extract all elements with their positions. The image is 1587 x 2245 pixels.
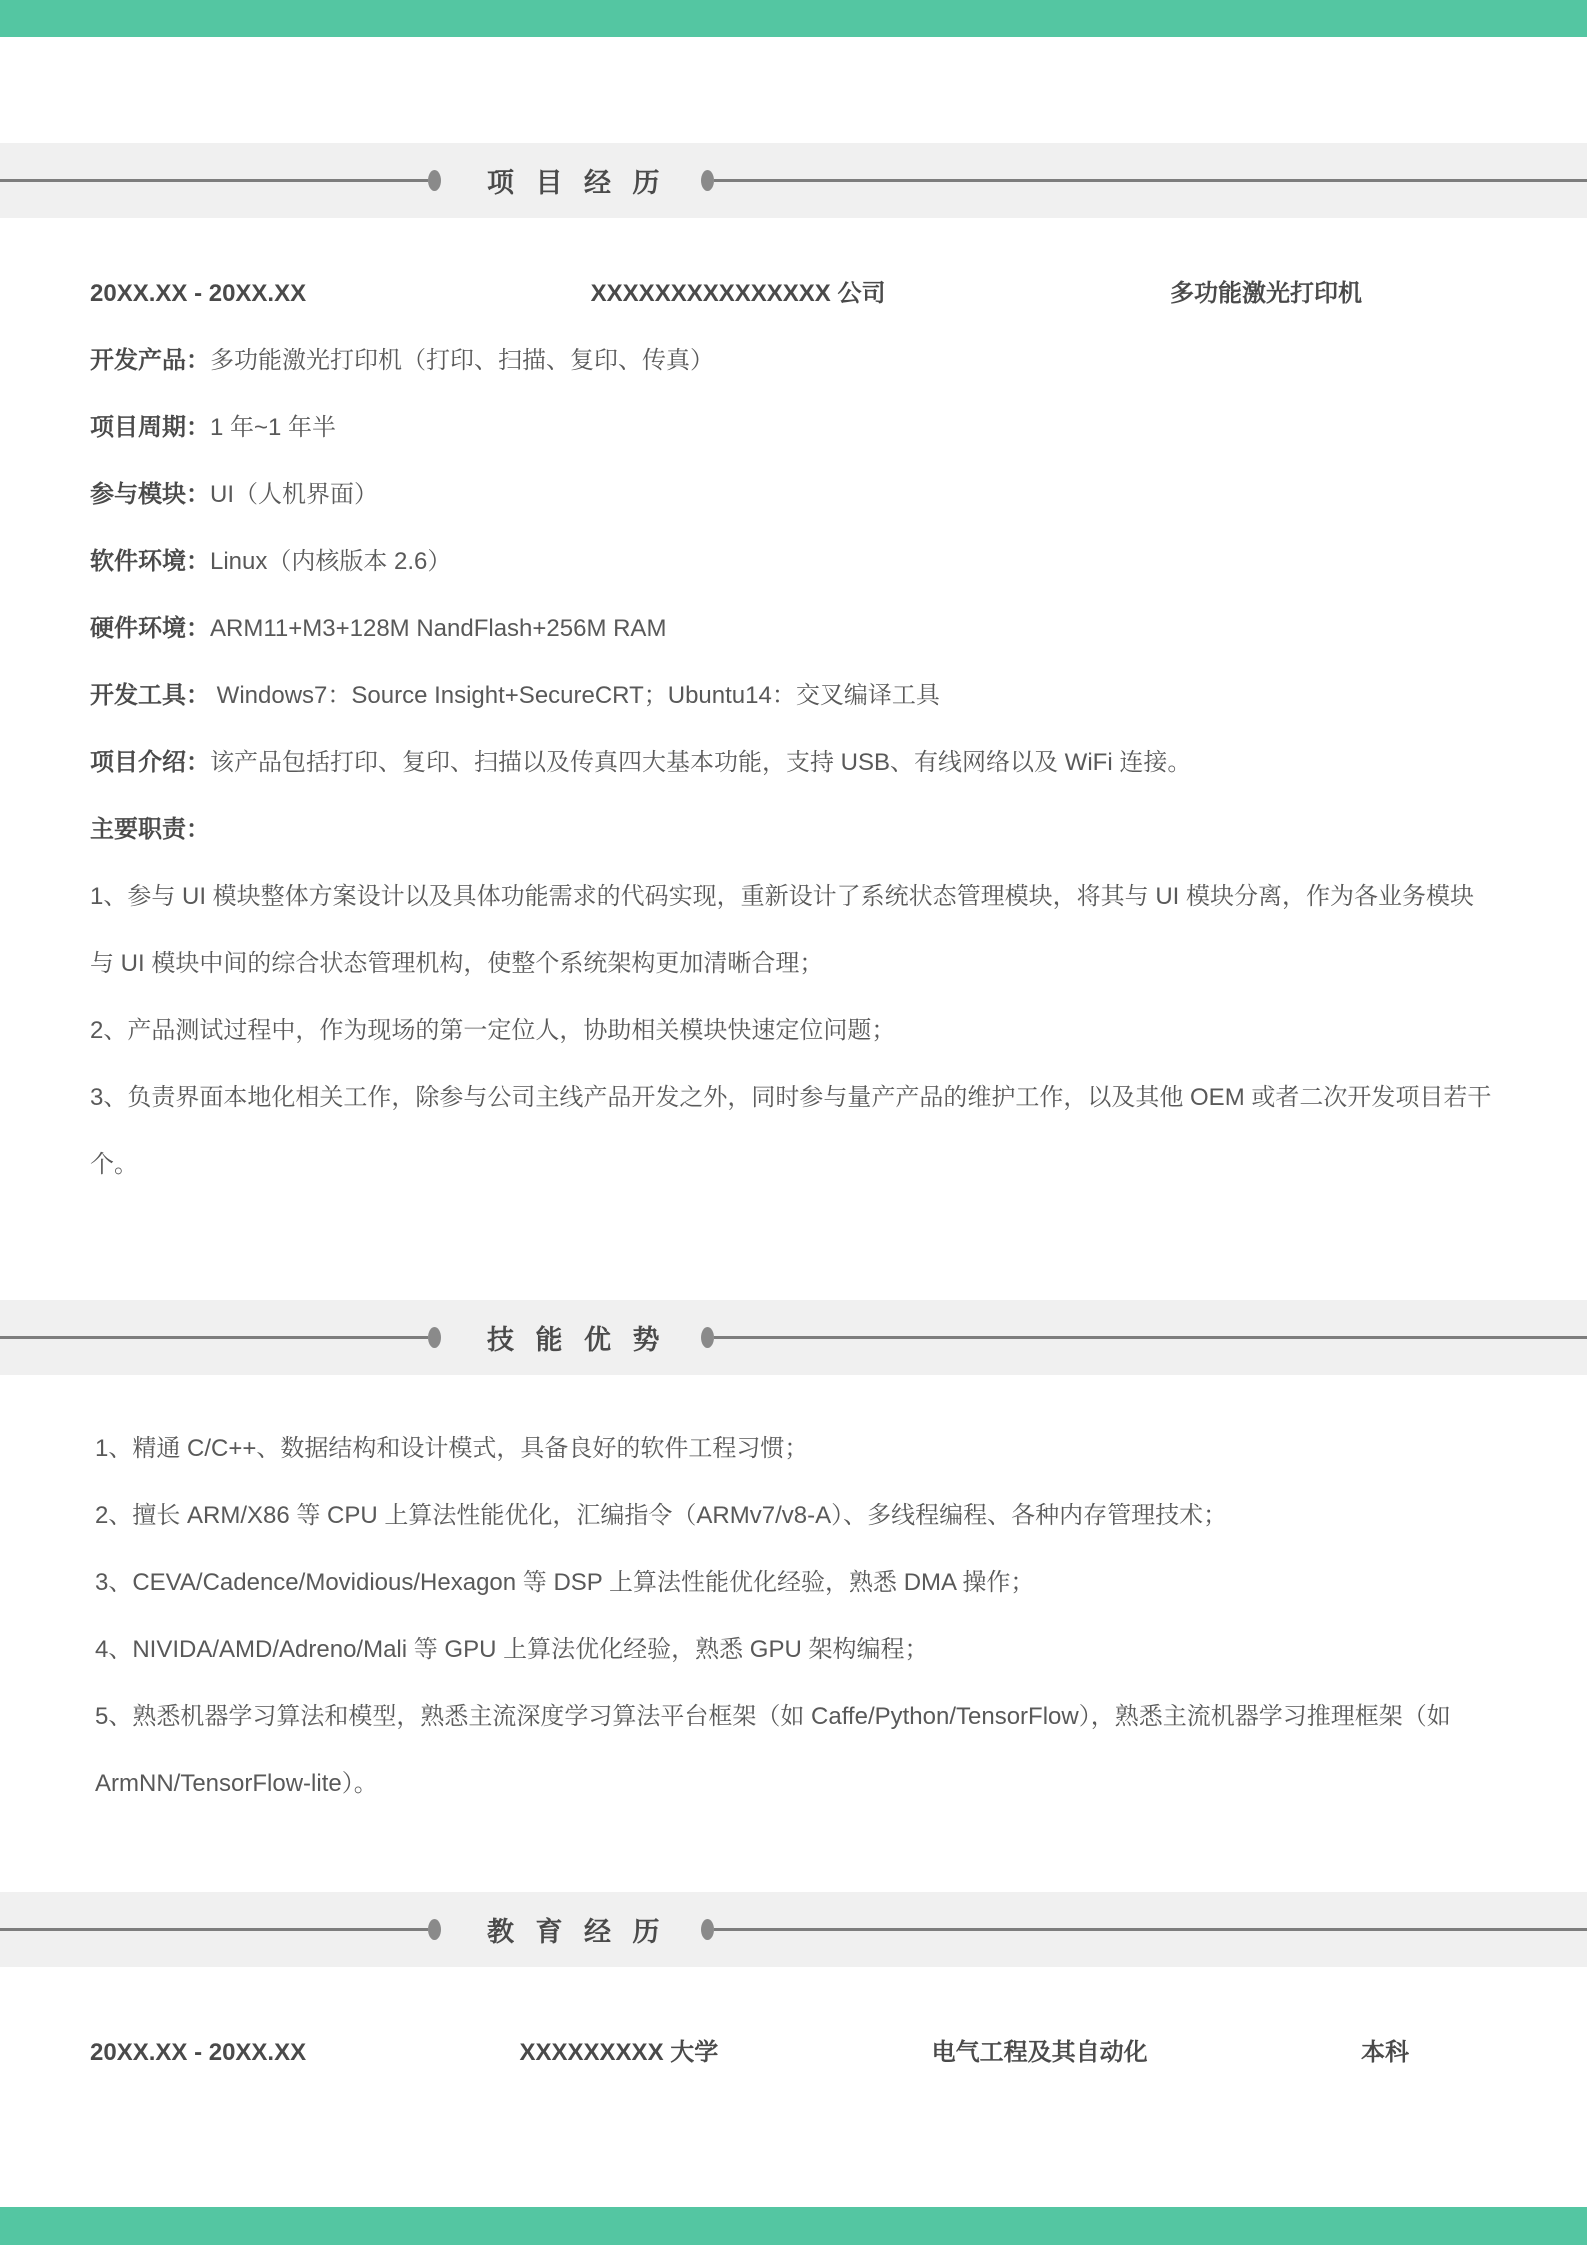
top-accent-bar	[0, 0, 1587, 37]
field-value: UI（人机界面）	[210, 481, 378, 508]
section-title-education: 教 育 经 历	[487, 1910, 667, 1949]
project-product: 多功能激光打印机	[1170, 260, 1362, 327]
field-label: 项目介绍：	[90, 749, 210, 776]
education-degree: 本科	[1361, 2019, 1409, 2086]
field-value: Windows7：Source Insight+SecureCRT；Ubuntu…	[210, 682, 940, 709]
header-line-right	[714, 1928, 1587, 1931]
skill-item: 3、CEVA/Cadence/Movidious/Hexagon 等 DSP 上…	[95, 1549, 1497, 1616]
section-title-skills: 技 能 优 势	[487, 1318, 667, 1357]
section-header-project: 项 目 经 历	[0, 143, 1587, 218]
bottom-accent-bar	[0, 2207, 1587, 2245]
project-field-row: 项目介绍：该产品包括打印、复印、扫描以及传真四大基本功能，支持 USB、有线网络…	[90, 729, 1497, 796]
field-label: 参与模块：	[90, 481, 210, 508]
header-dot-left	[428, 1919, 441, 1940]
field-label: 项目周期：	[90, 414, 210, 441]
education-period: 20XX.XX - 20XX.XX	[90, 2019, 306, 2086]
skill-item: 5、熟悉机器学习算法和模型，熟悉主流深度学习算法平台框架（如 Caffe/Pyt…	[95, 1683, 1497, 1817]
project-company: XXXXXXXXXXXXXXX 公司	[591, 260, 886, 327]
project-field-row: 主要职责：	[90, 796, 1497, 863]
section-header-education: 教 育 经 历	[0, 1892, 1587, 1967]
header-line-right	[714, 179, 1587, 182]
header-dot-left	[428, 170, 441, 191]
header-line-left	[0, 1928, 428, 1931]
resume-page: 项 目 经 历 20XX.XX - 20XX.XX XXXXXXXXXXXXXX…	[0, 0, 1587, 2245]
header-dot-right	[701, 170, 714, 191]
project-header-row: 20XX.XX - 20XX.XX XXXXXXXXXXXXXXX 公司 多功能…	[90, 260, 1497, 327]
field-value: ARM11+M3+128M NandFlash+256M RAM	[210, 615, 666, 642]
education-row: 20XX.XX - 20XX.XX XXXXXXXXX 大学 电气工程及其自动化…	[90, 2019, 1497, 2086]
project-field-row: 开发产品：多功能激光打印机（打印、扫描、复印、传真）	[90, 327, 1497, 394]
project-period: 20XX.XX - 20XX.XX	[90, 260, 306, 327]
project-field-row: 参与模块：UI（人机界面）	[90, 461, 1497, 528]
education-section: 20XX.XX - 20XX.XX XXXXXXXXX 大学 电气工程及其自动化…	[0, 1967, 1587, 2086]
skill-item: 4、NIVIDA/AMD/Adreno/Mali 等 GPU 上算法优化经验，熟…	[95, 1616, 1497, 1683]
project-field-row: 硬件环境：ARM11+M3+128M NandFlash+256M RAM	[90, 595, 1497, 662]
field-label: 开发产品：	[90, 347, 210, 374]
header-dot-right	[701, 1919, 714, 1940]
section-title-project: 项 目 经 历	[487, 161, 667, 200]
field-label: 主要职责：	[90, 816, 210, 843]
project-field-row: 项目周期：1 年~1 年半	[90, 394, 1497, 461]
skill-item: 1、精通 C/C++、数据结构和设计模式，具备良好的软件工程习惯；	[95, 1415, 1497, 1482]
project-duty-item: 2、产品测试过程中，作为现场的第一定位人，协助相关模块快速定位问题；	[90, 997, 1497, 1064]
skill-item: 2、擅长 ARM/X86 等 CPU 上算法性能优化，汇编指令（ARMv7/v8…	[95, 1482, 1497, 1549]
education-school: XXXXXXXXX 大学	[520, 2019, 719, 2086]
header-line-right	[714, 1336, 1587, 1339]
project-duty-item: 1、参与 UI 模块整体方案设计以及具体功能需求的代码实现，重新设计了系统状态管…	[90, 863, 1497, 997]
field-label: 软件环境：	[90, 548, 210, 575]
header-dot-left	[428, 1327, 441, 1348]
project-field-row: 开发工具： Windows7：Source Insight+SecureCRT；…	[90, 662, 1497, 729]
section-header-skills: 技 能 优 势	[0, 1300, 1587, 1375]
field-value: 1 年~1 年半	[210, 414, 336, 441]
education-major: 电气工程及其自动化	[932, 2019, 1148, 2086]
project-section: 20XX.XX - 20XX.XX XXXXXXXXXXXXXXX 公司 多功能…	[0, 218, 1587, 1300]
header-dot-right	[701, 1327, 714, 1348]
project-field-row: 软件环境：Linux（内核版本 2.6）	[90, 528, 1497, 595]
field-label: 硬件环境：	[90, 615, 210, 642]
field-value: 该产品包括打印、复印、扫描以及传真四大基本功能，支持 USB、有线网络以及 Wi…	[210, 749, 1191, 776]
field-value: 多功能激光打印机（打印、扫描、复印、传真）	[210, 347, 714, 374]
project-duties: 1、参与 UI 模块整体方案设计以及具体功能需求的代码实现，重新设计了系统状态管…	[90, 863, 1497, 1198]
header-line-left	[0, 179, 428, 182]
project-fields: 开发产品：多功能激光打印机（打印、扫描、复印、传真） 项目周期：1 年~1 年半…	[90, 327, 1497, 863]
field-value: Linux（内核版本 2.6）	[210, 548, 451, 575]
project-duty-item: 3、负责界面本地化相关工作，除参与公司主线产品开发之外，同时参与量产产品的维护工…	[90, 1064, 1497, 1198]
field-label: 开发工具：	[90, 682, 210, 709]
header-line-left	[0, 1336, 428, 1339]
skills-section: 1、精通 C/C++、数据结构和设计模式，具备良好的软件工程习惯； 2、擅长 A…	[0, 1375, 1587, 1892]
